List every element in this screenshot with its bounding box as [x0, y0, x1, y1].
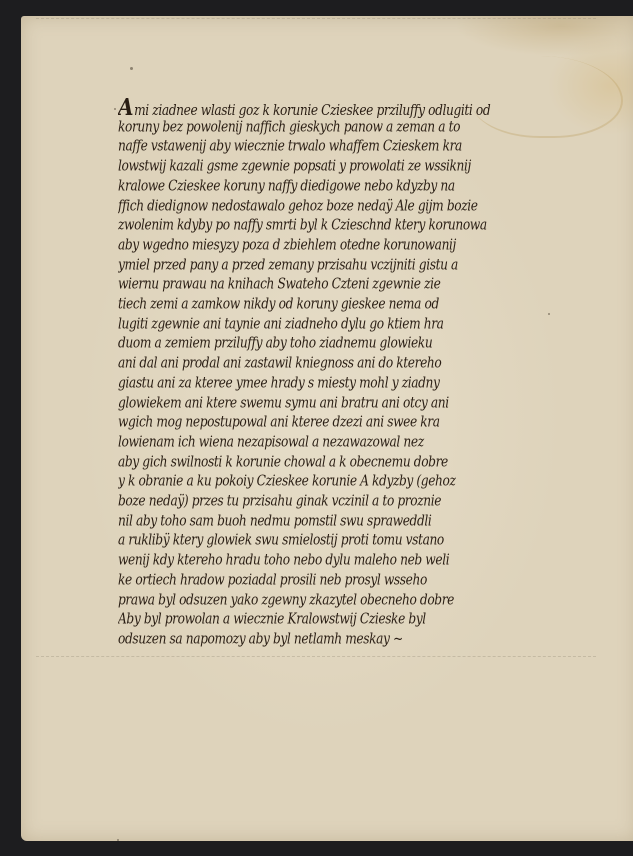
- ink-speck: [117, 839, 119, 841]
- ruling-line-top: [36, 18, 596, 19]
- ink-speck: [130, 67, 133, 70]
- ink-speck: [114, 108, 116, 110]
- ruling-line-bottom: [36, 656, 596, 657]
- text-line: odsuzen sa napomozy aby byl netlamh mesk…: [118, 628, 588, 651]
- manuscript-text: Ami ziadnee wlasti goz k korunie Czieske…: [118, 98, 588, 650]
